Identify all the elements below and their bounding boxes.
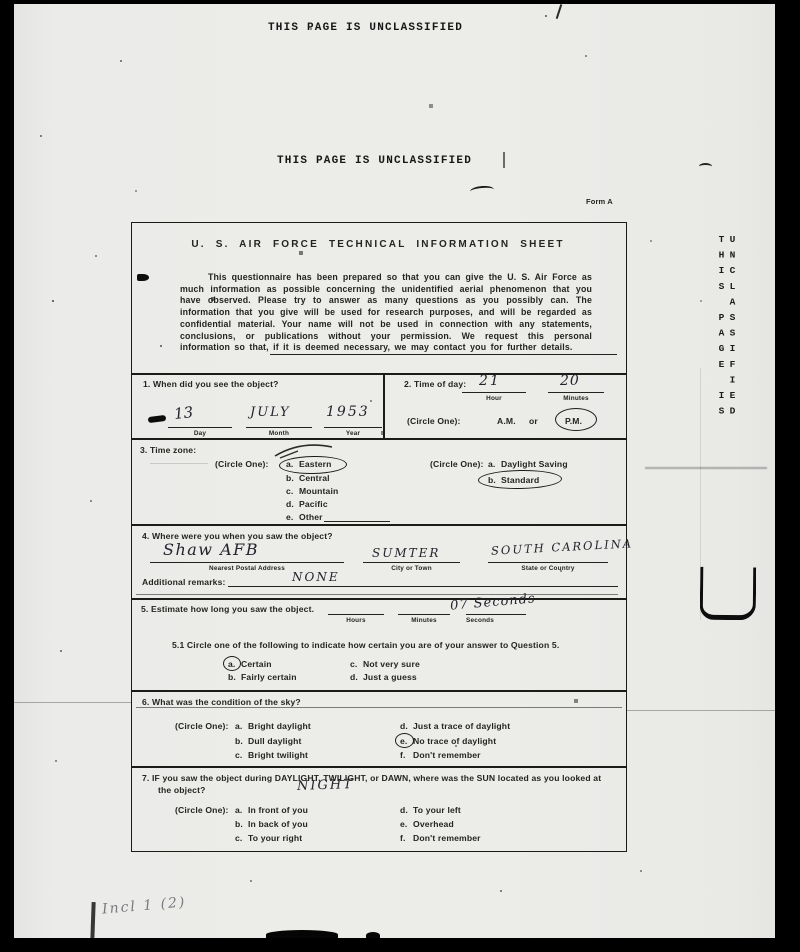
- q5-option-fairly-certain: Fairly certain: [241, 672, 297, 682]
- section-divider: [131, 524, 627, 526]
- q7-circle-one-label: (Circle One):: [175, 805, 229, 815]
- q4-state-label: State or Country: [488, 565, 608, 572]
- q6-ruled-line: [136, 707, 622, 708]
- q7-option-letter: e.: [400, 819, 413, 829]
- q4-city-line: [363, 562, 460, 563]
- q2-hour-line: [462, 392, 526, 393]
- column-divider: [383, 373, 385, 438]
- q4-remarks-line: [228, 586, 618, 587]
- bracket-mark-icon: [700, 567, 757, 621]
- q5-sub-label: 5.1 Circle one of the following to indic…: [172, 640, 612, 650]
- q3-dst-option-daylight-saving: Daylight Saving: [501, 459, 568, 469]
- q4-ruled-line: [136, 594, 618, 595]
- q7-option-in-back: In back of you: [248, 819, 308, 829]
- q1-month-label: Month: [246, 430, 312, 437]
- q5-minutes-line: [398, 614, 450, 615]
- q7-option-letter: f.: [400, 833, 413, 843]
- q5-option-letter: c.: [350, 659, 363, 669]
- section-divider: [131, 690, 627, 692]
- q2-circle-one-label: (Circle One):: [407, 416, 461, 426]
- q6-option-bright-twilight: Bright twilight: [248, 750, 308, 760]
- q2-or-label: or: [529, 416, 538, 426]
- intro-underline: [270, 354, 617, 355]
- q2-option-am: A.M.: [497, 416, 516, 426]
- scan-edge-left: [0, 0, 14, 952]
- q3-option-letter: c.: [286, 486, 299, 496]
- classification-banner-middle: THIS PAGE IS UNCLASSIFIED: [277, 155, 472, 167]
- form-title: U. S. AIR FORCE TECHNICAL INFORMATION SH…: [131, 239, 625, 250]
- q4-city-label: City or Town: [363, 565, 460, 572]
- q7-option-letter: c.: [235, 833, 248, 843]
- q6-label: 6. What was the condition of the sky?: [142, 697, 301, 707]
- q6-option-letter: d.: [400, 721, 413, 731]
- q3-option-other: Other: [299, 512, 323, 522]
- pencil-dash-mark: [150, 463, 208, 464]
- pen-scribble-icon: [272, 438, 336, 460]
- q3-option-pacific: Pacific: [299, 499, 328, 509]
- section-divider: [131, 766, 627, 768]
- q6-option-dull-daylight: Dull daylight: [248, 736, 302, 746]
- q3-option-central: Central: [299, 473, 330, 483]
- q2-label: 2. Time of day:: [404, 379, 466, 389]
- q1-day-value: 13: [173, 403, 194, 423]
- q5-label: 5. Estimate how long you saw the object.: [141, 604, 314, 614]
- form-designation: Form A: [586, 197, 613, 206]
- section-divider: [131, 598, 627, 600]
- section-divider: [131, 438, 627, 440]
- q7-option-letter: b.: [235, 819, 248, 829]
- q7-option-to-left: To your left: [413, 805, 461, 815]
- q6-option-letter: c.: [235, 750, 248, 760]
- q3-option-letter: b.: [286, 473, 299, 483]
- q5-hours-label: Hours: [328, 617, 384, 624]
- q6-option-no-trace-daylight: No trace of daylight: [413, 736, 496, 746]
- q1-year-label: Year: [324, 430, 382, 437]
- scan-edge-bottom: [0, 938, 800, 952]
- form-intro-paragraph: This questionnaire has been prepared so …: [180, 272, 592, 354]
- q3-circle-one-label: (Circle One):: [215, 459, 269, 469]
- crease-smudge: [645, 467, 767, 469]
- q5-seconds-label: Seconds: [466, 617, 526, 624]
- q6-option-dont-remember: Don't remember: [413, 750, 481, 760]
- q4-city-value: Sumter: [372, 546, 440, 560]
- q4-address-line: [150, 562, 344, 563]
- q6-option-bright-daylight: Bright daylight: [248, 721, 311, 731]
- classification-banner-top: THIS PAGE IS UNCLASSIFIED: [268, 22, 463, 34]
- q3-option-letter: e.: [286, 512, 299, 522]
- q1-day-label: Day: [168, 430, 232, 437]
- q7-option-dont-remember: Don't remember: [413, 833, 481, 843]
- classification-banner-side: THIS PAGE IS UNCLASSIFIED: [716, 234, 738, 604]
- scratch-mark: [503, 152, 505, 168]
- q2-hour-label: Hour: [462, 395, 526, 402]
- scan-edge-top: [0, 0, 800, 4]
- crease-line: [627, 710, 775, 711]
- q2-hour-value: 21: [479, 373, 501, 389]
- q6-option-trace-daylight: Just a trace of daylight: [413, 721, 510, 731]
- pen-squiggle-icon: [699, 163, 712, 170]
- q3-dst-circle-one-label: (Circle One):: [430, 459, 484, 469]
- ink-blot-icon: [137, 274, 149, 281]
- q7-option-letter: a.: [235, 805, 248, 815]
- q6-option-letter: a.: [235, 721, 248, 731]
- q7-handwritten-note: Night: [297, 777, 354, 794]
- q5-minutes-label: Minutes: [398, 617, 450, 624]
- q5-option-not-very-sure: Not very sure: [363, 659, 420, 669]
- pm-selection-circle: [555, 408, 597, 431]
- q5-option-letter: d.: [350, 672, 363, 682]
- q7-label-line2: the object?: [158, 785, 206, 795]
- scanned-document-page: THIS PAGE IS UNCLASSIFIED THIS PAGE IS U…: [0, 0, 800, 952]
- q4-remarks-value: None: [292, 570, 340, 584]
- scan-edge-right: [775, 0, 800, 952]
- q3-option-mountain: Mountain: [299, 486, 338, 496]
- q7-option-in-front: In front of you: [248, 805, 308, 815]
- q1-month-value: July: [250, 405, 291, 420]
- q1-year-line: [324, 427, 382, 428]
- q5-seconds-line: [466, 614, 526, 615]
- q6-option-letter: f.: [400, 750, 413, 760]
- certain-selection-circle: [223, 656, 241, 671]
- q1-month-line: [246, 427, 312, 428]
- q5-hours-line: [328, 614, 384, 615]
- no-trace-selection-circle: [395, 733, 414, 748]
- q2-minutes-label: Minutes: [548, 395, 604, 402]
- q7-option-letter: d.: [400, 805, 413, 815]
- q7-option-overhead: Overhead: [413, 819, 454, 829]
- q3-label: 3. Time zone:: [140, 445, 196, 455]
- q4-state-line: [488, 562, 608, 563]
- crease-line: [14, 702, 131, 703]
- section-divider: [131, 373, 627, 375]
- q5-option-just-a-guess: Just a guess: [363, 672, 417, 682]
- q6-circle-one-label: (Circle One):: [175, 721, 229, 731]
- q2-minutes-value: 20: [560, 373, 580, 389]
- q1-year-value: 1953: [326, 404, 370, 420]
- q6-option-letter: b.: [235, 736, 248, 746]
- q5-option-certain: Certain: [241, 659, 272, 669]
- q1-day-line: [168, 427, 232, 428]
- q4-remarks-label: Additional remarks:: [142, 577, 226, 587]
- q5-option-letter: b.: [228, 672, 241, 682]
- q3-dst-option-letter: a.: [488, 459, 501, 469]
- q7-label-line1: 7. IF you saw the object during DAYLIGHT…: [142, 773, 620, 783]
- q3-option-letter: d.: [286, 499, 299, 509]
- q4-address-value: Shaw AFB: [163, 540, 259, 559]
- q7-option-to-right: To your right: [248, 833, 302, 843]
- q1-label: 1. When did you see the object?: [143, 379, 278, 389]
- q2-minutes-line: [548, 392, 604, 393]
- q3-other-line: [324, 521, 390, 522]
- crease-line: [700, 368, 701, 620]
